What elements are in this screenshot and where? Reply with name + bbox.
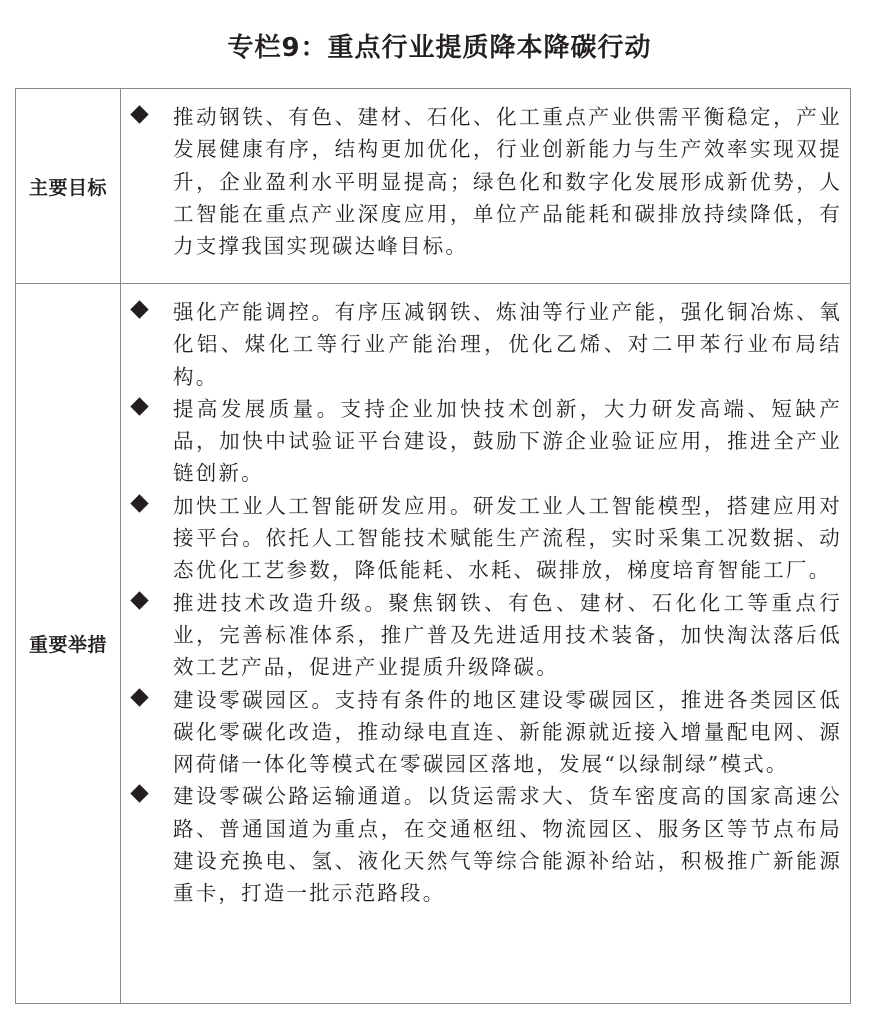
- list-item: 提高发展质量。支持企业加快技术创新，大力研发高端、短缺产品，加快中试验证平台建设…: [121, 393, 850, 490]
- column-table: 主要目标 推动钢铁、有色、建材、石化、化工重点产业供需平衡稳定，产业发展健康有序…: [15, 88, 851, 1004]
- diamond-bullet-icon: [130, 105, 148, 123]
- list-item: 建设零碳园区。支持有条件的地区建设零碳园区，推进各类园区低碳化零碳化改造，推动绿…: [121, 684, 850, 781]
- list-item-text: 推动钢铁、有色、建材、石化、化工重点产业供需平衡稳定，产业发展健康有序，结构更加…: [173, 101, 842, 262]
- list-item-text: 提高发展质量。支持企业加快技术创新，大力研发高端、短缺产品，加快中试验证平台建设…: [173, 393, 842, 490]
- row-content-main-goals: 推动钢铁、有色、建材、石化、化工重点产业供需平衡稳定，产业发展健康有序，结构更加…: [121, 89, 850, 283]
- list-item-text: 强化产能调控。有序压减钢铁、炼油等行业产能，强化铜冶炼、氧化铝、煤化工等行业产能…: [173, 296, 842, 393]
- list-item: 推动钢铁、有色、建材、石化、化工重点产业供需平衡稳定，产业发展健康有序，结构更加…: [121, 101, 850, 262]
- bullet-list: 强化产能调控。有序压减钢铁、炼油等行业产能，强化铜冶炼、氧化铝、煤化工等行业产能…: [121, 296, 850, 910]
- diamond-bullet-icon: [130, 300, 148, 318]
- list-item-text: 推进技术改造升级。聚焦钢铁、有色、建材、石化化工等重点行业，完善标准体系，推广普…: [173, 587, 842, 684]
- diamond-bullet-icon: [130, 397, 148, 415]
- row-label-main-goals: 主要目标: [16, 89, 121, 283]
- row-label-key-measures: 重要举措: [16, 284, 121, 1003]
- bullet-list: 推动钢铁、有色、建材、石化、化工重点产业供需平衡稳定，产业发展健康有序，结构更加…: [121, 101, 850, 262]
- page-title: 专栏9：重点行业提质降本降碳行动: [0, 28, 879, 68]
- table-row-main-goals: 主要目标 推动钢铁、有色、建材、石化、化工重点产业供需平衡稳定，产业发展健康有序…: [16, 89, 850, 284]
- list-item-text: 加快工业人工智能研发应用。研发工业人工智能模型，搭建应用对接平台。依托人工智能技…: [173, 490, 842, 587]
- diamond-bullet-icon: [130, 591, 148, 609]
- table-row-key-measures: 重要举措 强化产能调控。有序压减钢铁、炼油等行业产能，强化铜冶炼、氧化铝、煤化工…: [16, 284, 850, 1003]
- row-content-key-measures: 强化产能调控。有序压减钢铁、炼油等行业产能，强化铜冶炼、氧化铝、煤化工等行业产能…: [121, 284, 850, 1003]
- diamond-bullet-icon: [130, 785, 148, 803]
- list-item: 推进技术改造升级。聚焦钢铁、有色、建材、石化化工等重点行业，完善标准体系，推广普…: [121, 587, 850, 684]
- diamond-bullet-icon: [130, 494, 148, 512]
- list-item: 强化产能调控。有序压减钢铁、炼油等行业产能，强化铜冶炼、氧化铝、煤化工等行业产能…: [121, 296, 850, 393]
- list-item-text: 建设零碳公路运输通道。以货运需求大、货车密度高的国家高速公路、普通国道为重点，在…: [173, 780, 842, 909]
- list-item: 加快工业人工智能研发应用。研发工业人工智能模型，搭建应用对接平台。依托人工智能技…: [121, 490, 850, 587]
- list-item: 建设零碳公路运输通道。以货运需求大、货车密度高的国家高速公路、普通国道为重点，在…: [121, 780, 850, 909]
- list-item-text: 建设零碳园区。支持有条件的地区建设零碳园区，推进各类园区低碳化零碳化改造，推动绿…: [173, 684, 842, 781]
- diamond-bullet-icon: [130, 688, 148, 706]
